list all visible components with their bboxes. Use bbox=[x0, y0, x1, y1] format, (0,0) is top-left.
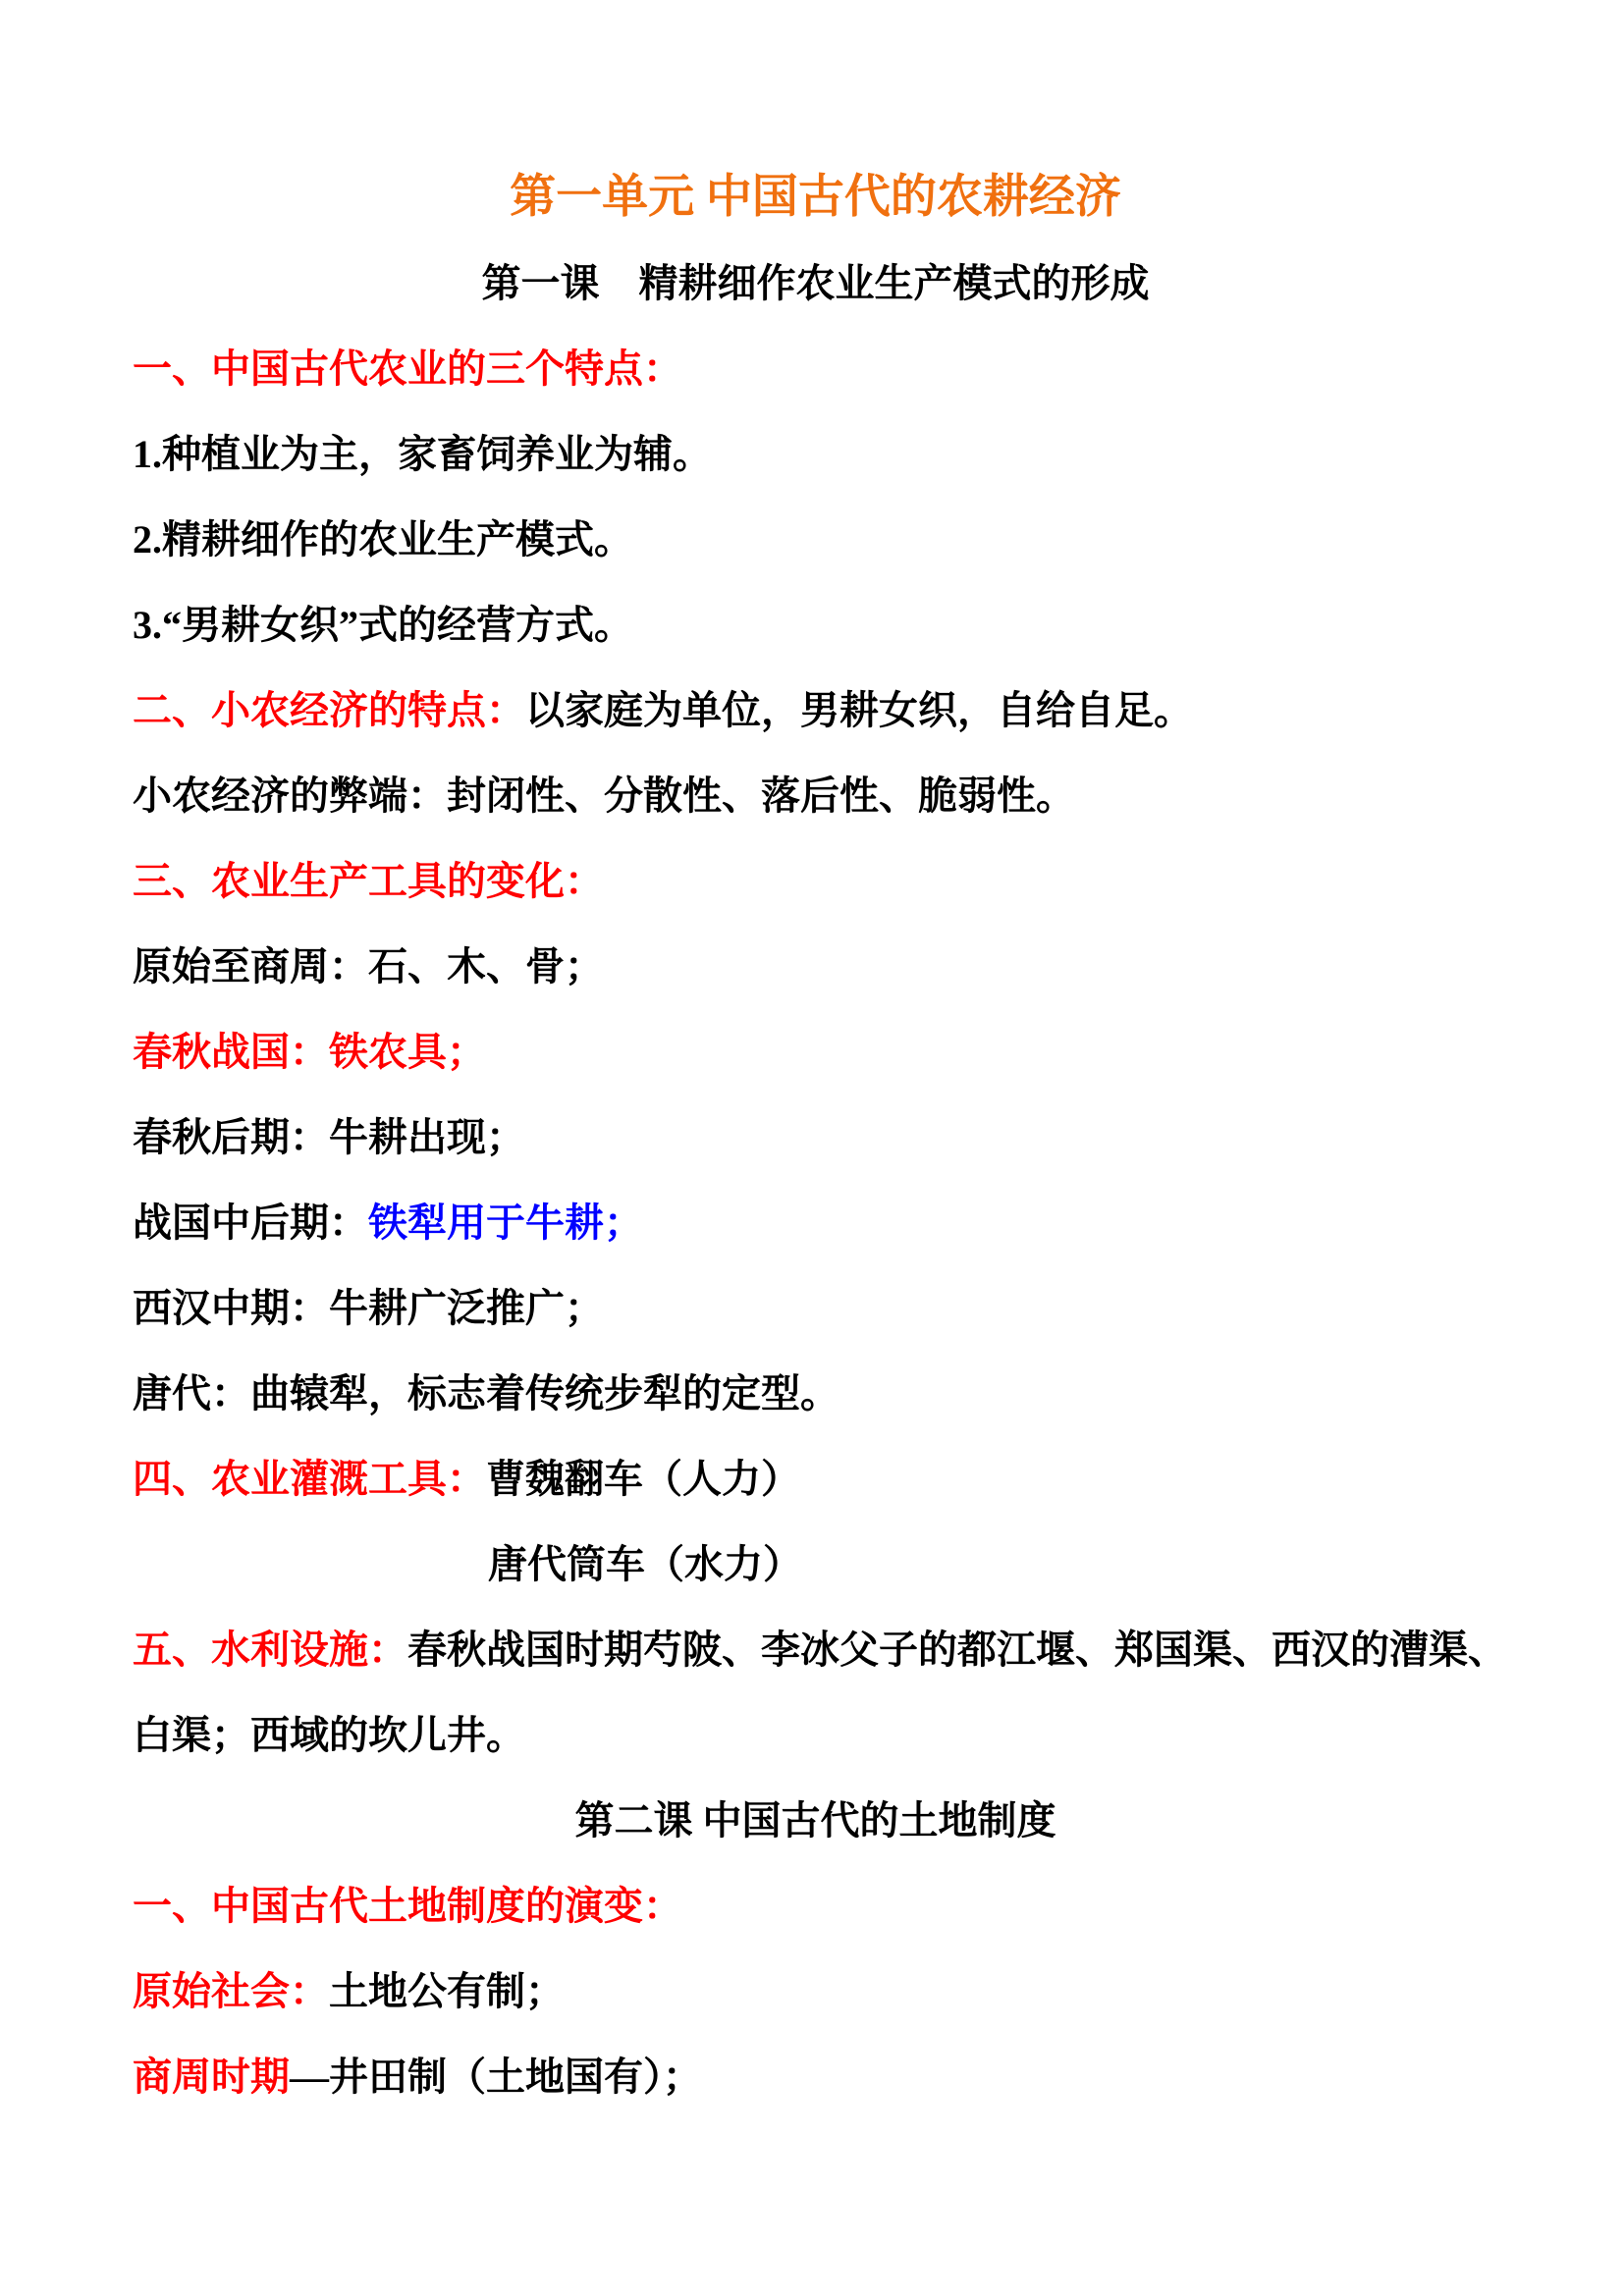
section-4-heading-text: 四、农业灌溉工具： bbox=[133, 1457, 486, 1501]
section-5-heading-text: 春秋战国时期芍陂、李冰父子的都江堰、郑国渠、西汉的漕渠、 bbox=[407, 1628, 1507, 1672]
land-primitive-text: 原始社会： bbox=[133, 1969, 329, 2013]
tools-warring-states-text: 铁犁用于牛耕； bbox=[368, 1201, 643, 1245]
irrigation-tang-text: 唐代筒车（水力） bbox=[488, 1542, 802, 1586]
tools-western-han: 西汉中期：牛耕广泛推广； bbox=[133, 1265, 1498, 1351]
feature-3-text: 3.“男耕女织”式的经营方式。 bbox=[133, 603, 633, 647]
water-works-continued: 白渠；西域的坎儿井。 bbox=[133, 1692, 1498, 1778]
drawbacks-line-text: 小农经济的弊端：封闭性、分散性、落后性、脆弱性。 bbox=[133, 774, 1075, 818]
feature-2: 2.精耕细作的农业生产模式。 bbox=[133, 497, 1498, 582]
section-3-heading: 三、农业生产工具的变化： bbox=[133, 838, 1498, 924]
section-2-heading-text: 以家庭为单位，男耕女织，自给自足。 bbox=[525, 688, 1193, 732]
irrigation-tang: 唐代筒车（水力） bbox=[133, 1522, 1498, 1607]
lesson2-section-1-heading: 一、中国古代土地制度的演变： bbox=[133, 1863, 1498, 1949]
feature-1-text: 1.种植业为主，家畜饲养业为辅。 bbox=[133, 432, 712, 476]
section-5-heading-text: 五、水利设施： bbox=[133, 1628, 407, 1672]
section-2-heading: 二、小农经济的特点：以家庭为单位，男耕女织，自给自足。 bbox=[133, 667, 1498, 753]
lesson-2-title: 第二课 中国古代的土地制度 bbox=[133, 1778, 1498, 1863]
feature-2-text: 2.精耕细作的农业生产模式。 bbox=[133, 517, 633, 561]
document-page: 第一单元 中国古代的农耕经济第一课 精耕细作农业生产模式的形成一、中国古代农业的… bbox=[0, 0, 1624, 2296]
document-body: 第一单元 中国古代的农耕经济第一课 精耕细作农业生产模式的形成一、中国古代农业的… bbox=[133, 155, 1498, 2119]
lesson-1-title: 第一课 精耕细作农业生产模式的形成 bbox=[133, 240, 1498, 326]
section-3-heading-text: 三、农业生产工具的变化： bbox=[133, 859, 604, 903]
tools-warring-states-text: 战国中后期： bbox=[133, 1201, 368, 1245]
tools-western-han-text: 西汉中期：牛耕广泛推广； bbox=[133, 1286, 604, 1330]
tools-tang: 唐代：曲辕犁，标志着传统步犁的定型。 bbox=[133, 1351, 1498, 1436]
lesson-2-title-text: 第二课 中国古代的土地制度 bbox=[575, 1798, 1056, 1842]
land-primitive: 原始社会：土地公有制； bbox=[133, 1949, 1498, 2034]
section-4-heading-text: 曹魏翻车（人力） bbox=[486, 1457, 800, 1501]
feature-1: 1.种植业为主，家畜饲养业为辅。 bbox=[133, 411, 1498, 497]
lesson-1-title-text: 第一课 精耕细作农业生产模式的形成 bbox=[482, 261, 1150, 305]
tools-late-spring-autumn: 春秋后期：牛耕出现； bbox=[133, 1095, 1498, 1180]
tools-spring-autumn: 春秋战国：铁农具； bbox=[133, 1009, 1498, 1095]
tools-spring-autumn-text: 春秋战国：铁农具； bbox=[133, 1030, 486, 1074]
land-shang-zhou-text: —井田制（土地国有）； bbox=[290, 2055, 702, 2099]
water-works-continued-text: 白渠；西域的坎儿井。 bbox=[133, 1713, 525, 1757]
tools-warring-states: 战国中后期：铁犁用于牛耕； bbox=[133, 1180, 1498, 1265]
land-primitive-text: 土地公有制； bbox=[329, 1969, 565, 2013]
unit-title: 第一单元 中国古代的农耕经济 bbox=[133, 155, 1498, 240]
land-shang-zhou-text: 商周时期 bbox=[133, 2055, 290, 2099]
land-shang-zhou: 商周时期—井田制（土地国有）； bbox=[133, 2034, 1498, 2119]
drawbacks-line: 小农经济的弊端：封闭性、分散性、落后性、脆弱性。 bbox=[133, 753, 1498, 838]
unit-title-text: 第一单元 中国古代的农耕经济 bbox=[510, 172, 1121, 223]
section-1-heading: 一、中国古代农业的三个特点： bbox=[133, 326, 1498, 411]
lesson2-section-1-heading-text: 一、中国古代土地制度的演变： bbox=[133, 1884, 682, 1928]
feature-3: 3.“男耕女织”式的经营方式。 bbox=[133, 582, 1498, 667]
section-1-heading-text: 一、中国古代农业的三个特点： bbox=[133, 347, 682, 391]
tools-late-spring-autumn-text: 春秋后期：牛耕出现； bbox=[133, 1115, 525, 1159]
tools-primitive-text: 原始至商周：石、木、骨； bbox=[133, 944, 604, 988]
tools-primitive: 原始至商周：石、木、骨； bbox=[133, 924, 1498, 1009]
section-4-heading: 四、农业灌溉工具：曹魏翻车（人力） bbox=[133, 1436, 1498, 1522]
section-5-heading: 五、水利设施：春秋战国时期芍陂、李冰父子的都江堰、郑国渠、西汉的漕渠、 bbox=[133, 1607, 1498, 1692]
section-2-heading-text: 二、小农经济的特点： bbox=[133, 688, 525, 732]
tools-tang-text: 唐代：曲辕犁，标志着传统步犁的定型。 bbox=[133, 1371, 839, 1415]
